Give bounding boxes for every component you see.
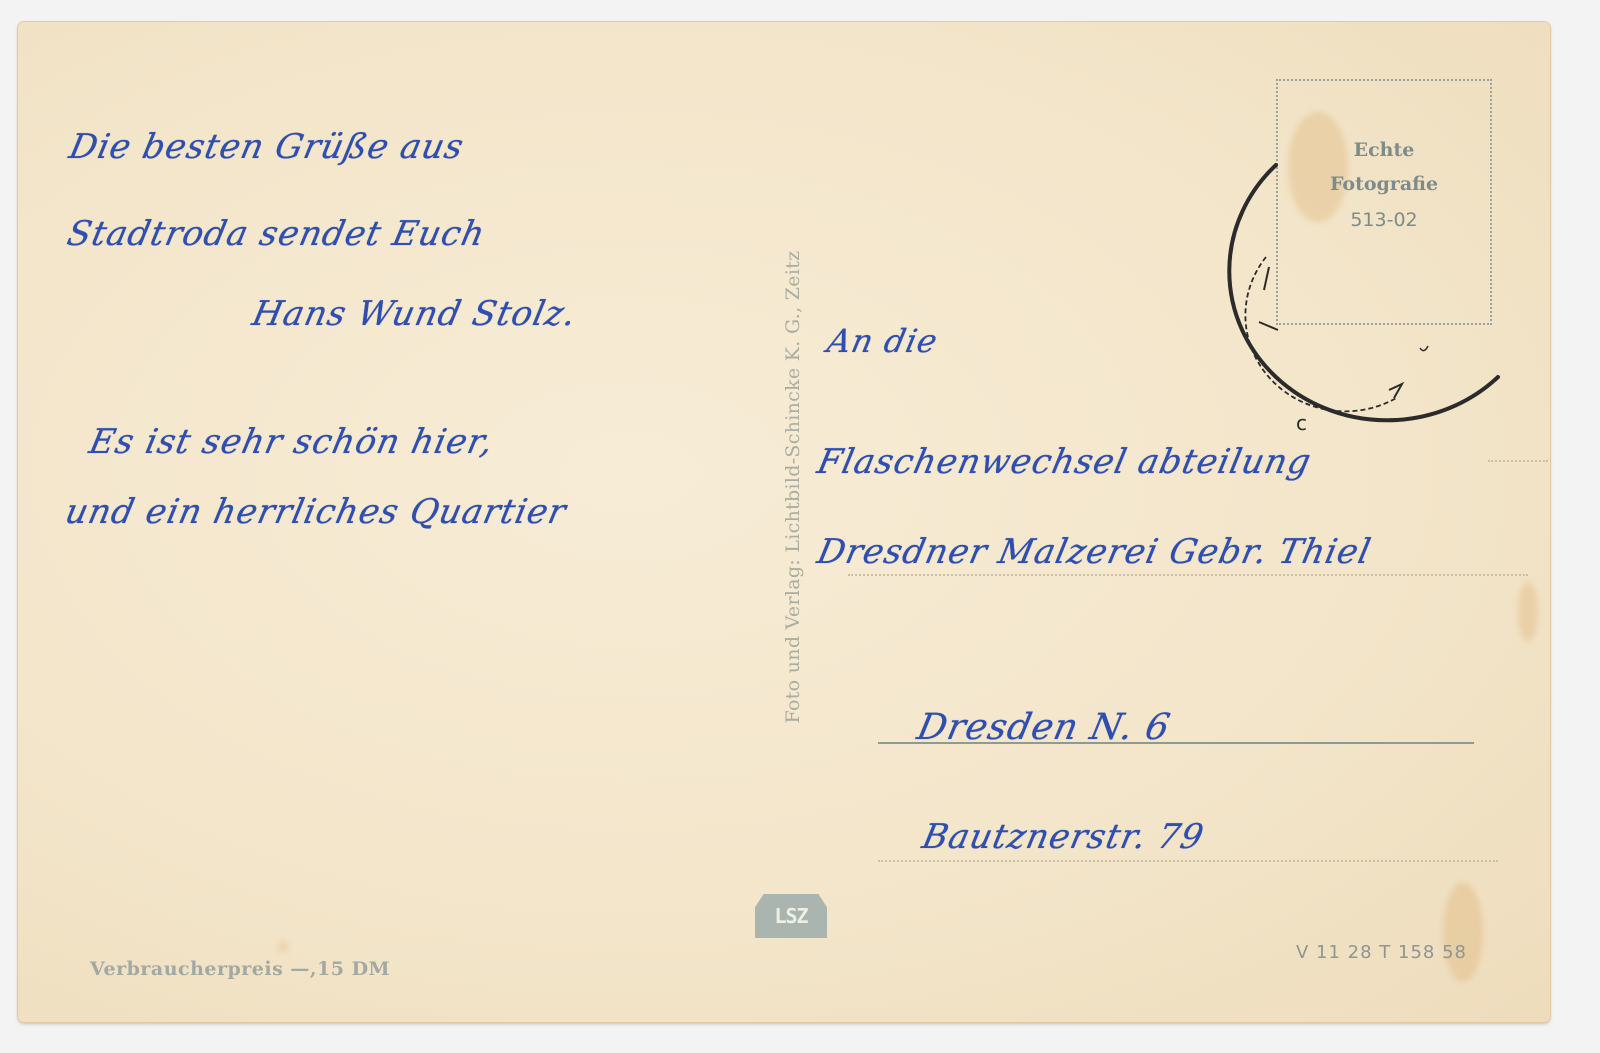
address-dotted-line [878, 860, 1498, 862]
address-line: Flaschenwechsel abteilung [814, 442, 1315, 482]
age-stain [278, 942, 288, 952]
message-line: Stadtroda sendet Euch [64, 214, 489, 254]
print-code: V 11 28 T 158 58 [1296, 942, 1467, 963]
address-salutation: An die [824, 322, 942, 360]
address-dotted-line [848, 574, 1528, 576]
stamp-box-line: Echte [1278, 139, 1490, 161]
message-line: Hans Wund Stolz. [249, 294, 581, 334]
publisher-logo: LSZ [755, 894, 827, 938]
address-city-line [878, 742, 1474, 744]
publisher-imprint: Foto und Verlag: Lichtbild-Schincke K. G… [773, 157, 813, 817]
circular-postmark-icon: c [1198, 162, 1503, 452]
postcard: Die besten Grüße aus Stadtroda sendet Eu… [18, 22, 1550, 1022]
age-stain [1443, 882, 1483, 982]
message-line: und ein herrliches Quartier [62, 492, 570, 532]
address-line: Dresdner Malzerei Gebr. Thiel [814, 532, 1375, 572]
svg-text:c: c [1296, 411, 1307, 435]
address-dotted-line [1488, 460, 1548, 462]
publisher-imprint-text: Foto und Verlag: Lichtbild-Schincke K. G… [782, 251, 804, 724]
message-line: Die besten Grüße aus [66, 127, 468, 167]
message-line: Es ist sehr schön hier, [86, 422, 498, 462]
publisher-logo-text: LSZ [774, 904, 807, 928]
address-street: Bautznerstr. 79 [919, 817, 1208, 857]
price-note: Verbraucherpreis —,15 DM [90, 958, 390, 980]
age-stain [1518, 582, 1538, 642]
